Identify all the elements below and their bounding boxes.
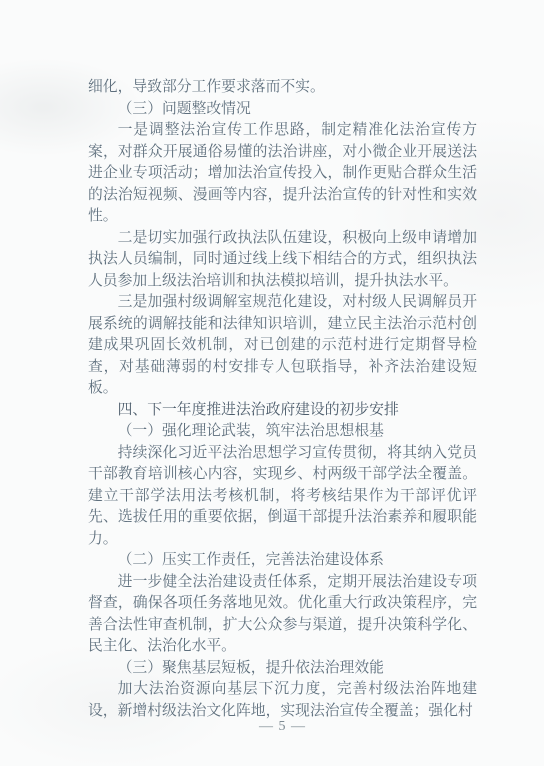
section-heading: 四、下一年度推进法治政府建设的初步安排 [88,400,477,422]
body-paragraph: 一是调整法治宣传工作思路，制定精准化法治宣传方案，对群众开展通俗易懂的法治讲座，… [88,120,477,228]
body-paragraph: 进一步健全法治建设责任体系，定期开展法治建设专项督查，确保各项任务落地见效。优化… [88,572,477,658]
body-paragraph: 持续深化习近平法治思想学习宣传贯彻，将其纳入党员干部教育培训核心内容，实现乡、村… [88,443,477,551]
document-page: 细化，导致部分工作要求落而不实。 （三）问题整改情况 一是调整法治宣传工作思路，… [0,0,544,766]
page-number: — 5 — [259,719,306,734]
section-subheading: （三）问题整改情况 [88,99,477,121]
section-subheading: （三）聚焦基层短板，提升依法治理效能 [88,658,477,680]
body-paragraph: 三是加强村级调解室规范化建设，对村级人民调解员开展系统的调解技能和法律知识培训，… [88,292,477,400]
section-subheading: （二）压实工作责任，完善法治建设体系 [88,550,477,572]
body-paragraph: 二是切实加强行政执法队伍建设，积极向上级申请增加执法人员编制，同时通过线上线下相… [88,228,477,293]
paragraph-continuation: 细化，导致部分工作要求落而不实。 [88,77,477,99]
section-subheading: （一）强化理论武装，筑牢法治思想根基 [88,421,477,443]
body-paragraph: 加大法治资源向基层下沉力度，完善村级法治阵地建设，新增村级法治文化阵地，实现法治… [88,679,477,722]
document-body: 细化，导致部分工作要求落而不实。 （三）问题整改情况 一是调整法治宣传工作思路，… [88,77,477,722]
page-footer: — 5 — [88,719,477,735]
